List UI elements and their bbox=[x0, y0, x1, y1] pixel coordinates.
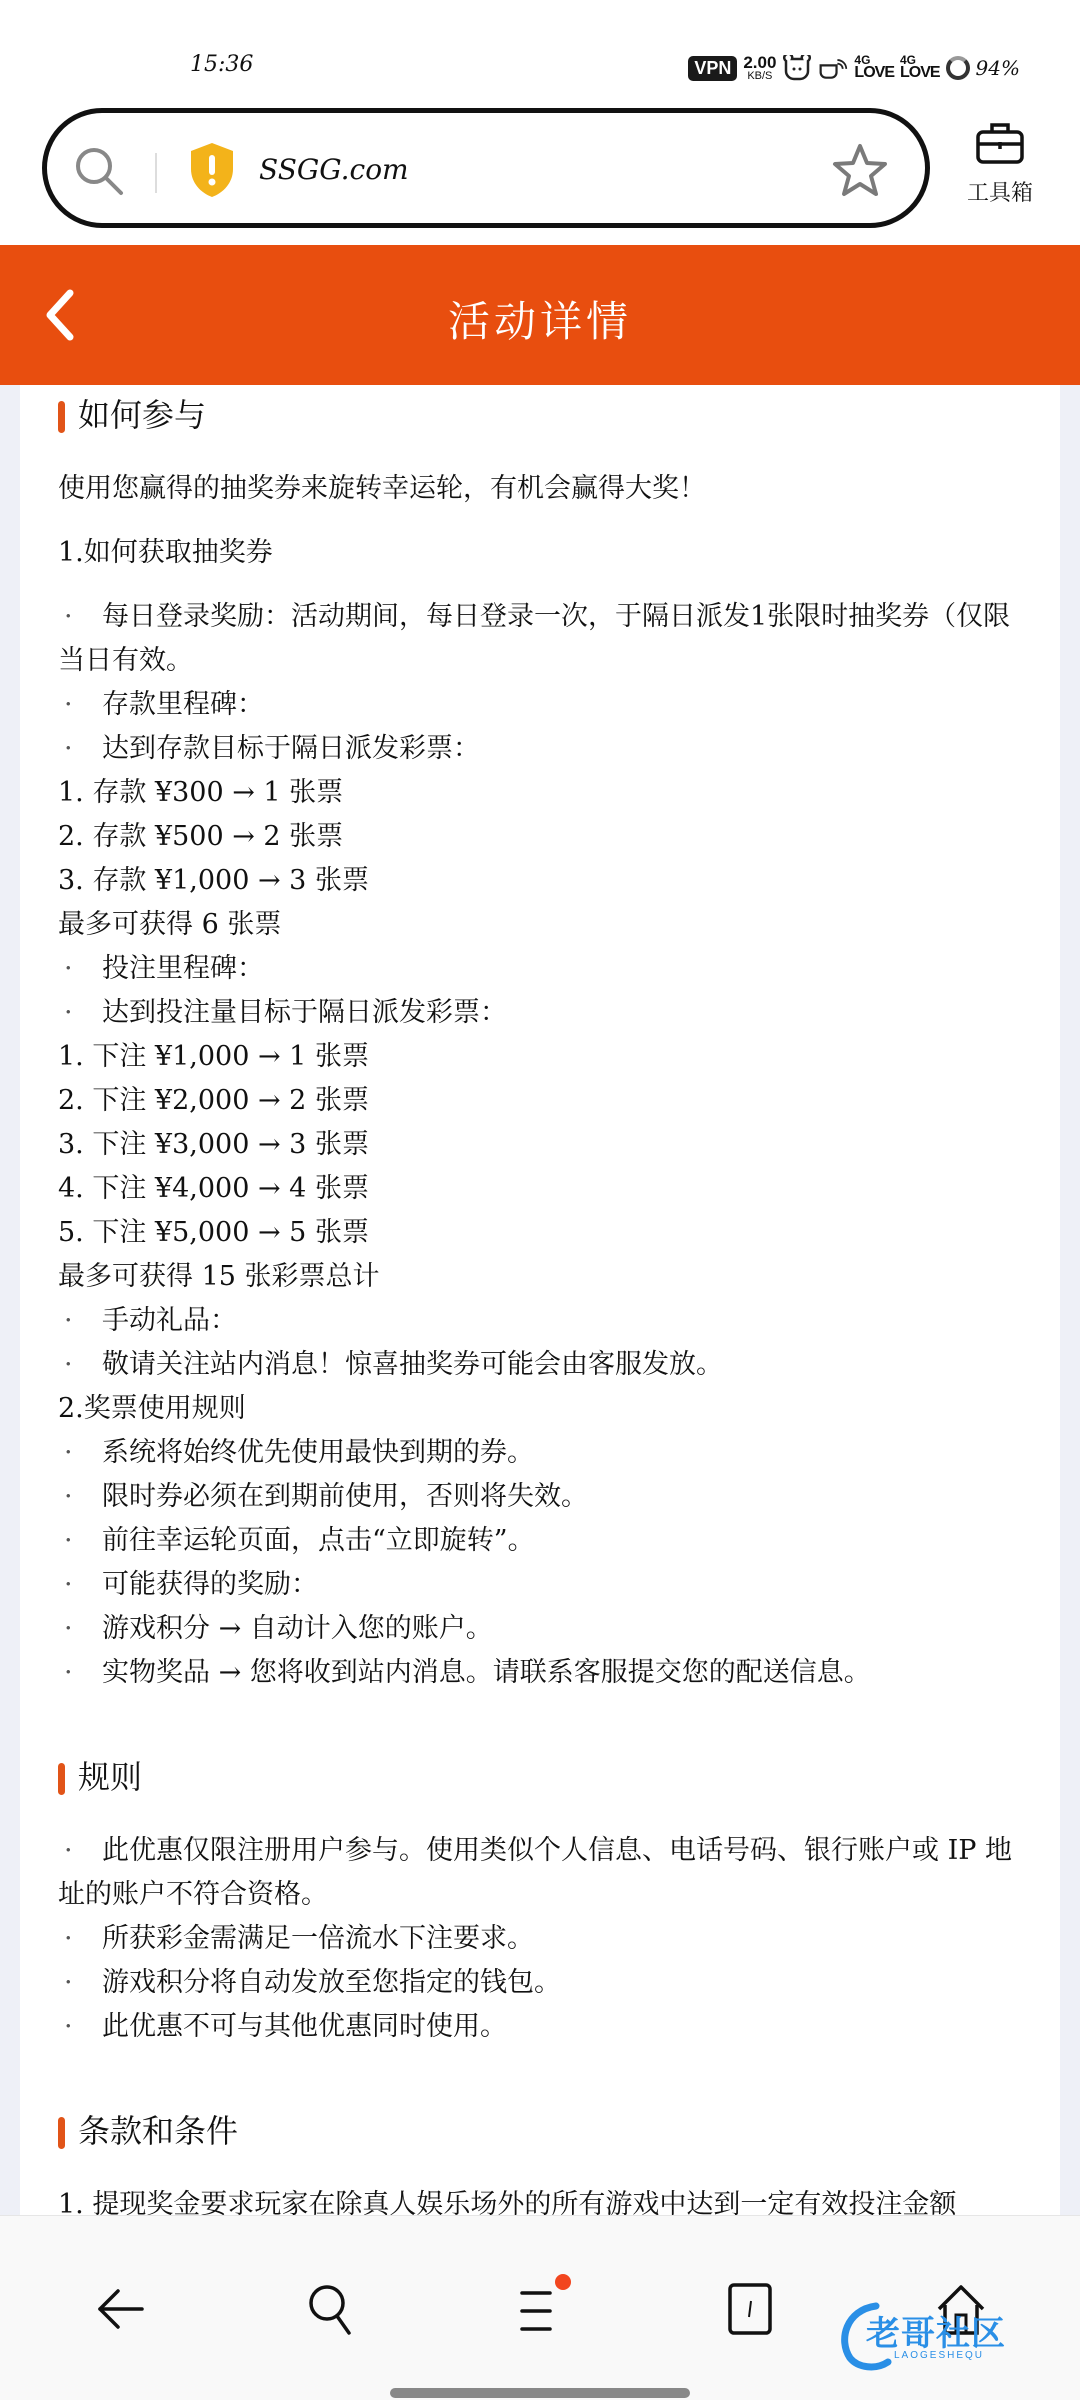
gesture-bar[interactable] bbox=[390, 2388, 690, 2398]
intro-text: 使用您赢得的抽奖券来旋转幸运轮，有机会赢得大奖！ bbox=[58, 467, 1026, 511]
usage-item: 可能获得的奖励： bbox=[58, 1563, 1026, 1607]
bet-item: 4. 下注 ¥4,000 → 4 张票 bbox=[58, 1167, 1026, 1211]
star-icon[interactable] bbox=[831, 141, 889, 199]
bet-item: 5. 下注 ¥5,000 → 5 张票 bbox=[58, 1211, 1026, 1255]
battery-icon bbox=[946, 56, 970, 80]
sim1-signal: 4G LOVE bbox=[854, 55, 894, 80]
activity-detail-card: 如何参与 使用您赢得的抽奖券来旋转幸运轮，有机会赢得大奖！ 1.如何获取抽奖券 … bbox=[20, 385, 1060, 2215]
daily-login-text: 每日登录奖励：活动期间，每日登录一次，于隔日派发1张限时抽奖券（仅限当日有效。 bbox=[58, 595, 1026, 683]
nav-menu-button[interactable] bbox=[505, 2274, 575, 2344]
vpn-badge: VPN bbox=[688, 56, 737, 81]
watermark-subtext: LAOGESHEQU bbox=[894, 2350, 984, 2361]
rule-item: 此优惠不可与其他优惠同时使用。 bbox=[58, 2005, 1026, 2049]
toolbox-button[interactable]: 工具箱 bbox=[960, 120, 1040, 207]
deposit-milestone-title: 存款里程碑： bbox=[58, 683, 1026, 727]
bet-max: 最多可获得 15 张彩票总计 bbox=[58, 1255, 1026, 1299]
url-text[interactable]: SSGG.com bbox=[259, 153, 409, 186]
sim2-signal: 4G LOVE bbox=[900, 55, 940, 80]
notification-dot bbox=[555, 2274, 571, 2290]
rule-item: 所获彩金需满足一倍流水下注要求。 bbox=[58, 1917, 1026, 1961]
status-time: 15:36 bbox=[190, 52, 253, 77]
deposit-item: 2. 存款 ¥500 → 2 张票 bbox=[58, 815, 1026, 859]
usage-item: 实物奖品 → 您将收到站内消息。请联系客服提交您的配送信息。 bbox=[58, 1651, 1026, 1695]
arrow-left-icon bbox=[90, 2279, 150, 2339]
manual-gift-title: 手动礼品： bbox=[58, 1299, 1026, 1343]
shield-warning-icon[interactable] bbox=[187, 141, 237, 199]
section-title-terms: 条款和条件 bbox=[58, 2109, 1026, 2153]
deposit-milestone-desc: 达到存款目标于隔日派发彩票： bbox=[58, 727, 1026, 771]
status-bar: 15:36 VPN 2.00 KB/S 4G LOVE 4G LOVE 94% bbox=[0, 0, 1080, 100]
rule-item: 游戏积分将自动发放至您指定的钱包。 bbox=[58, 1961, 1026, 2005]
divider bbox=[155, 153, 157, 193]
section-title-participate: 如何参与 bbox=[58, 393, 1026, 437]
deposit-item: 3. 存款 ¥1,000 → 3 张票 bbox=[58, 859, 1026, 903]
deposit-max: 最多可获得 6 张票 bbox=[58, 903, 1026, 947]
toolbox-label: 工具箱 bbox=[967, 176, 1033, 207]
terms-item: 1. 提现奖金要求玩家在除真人娱乐场外的所有游戏中达到一定有效投注金额 bbox=[58, 2183, 1026, 2215]
nav-back-button[interactable] bbox=[85, 2274, 155, 2344]
subheading-get-tickets: 1.如何获取抽奖券 bbox=[58, 531, 1026, 575]
page-header: 活动详情 bbox=[0, 245, 1080, 385]
nav-tabs-button[interactable] bbox=[715, 2274, 785, 2344]
bet-item: 3. 下注 ¥3,000 → 3 张票 bbox=[58, 1123, 1026, 1167]
bet-item: 1. 下注 ¥1,000 → 1 张票 bbox=[58, 1035, 1026, 1079]
usage-item: 前往幸运轮页面，点击“立即旋转”。 bbox=[58, 1519, 1026, 1563]
rule-item: 此优惠仅限注册用户参与。使用类似个人信息、电话号码、银行账户或 IP 地址的账户… bbox=[58, 1829, 1026, 1917]
search-icon bbox=[301, 2279, 361, 2339]
toolbox-icon bbox=[974, 120, 1026, 166]
nav-search-button[interactable] bbox=[296, 2274, 366, 2344]
battery-percent: 94% bbox=[976, 56, 1020, 80]
section-title-rules: 规则 bbox=[58, 1755, 1026, 1799]
watermark-logo: 老哥社区 LAOGESHEQU bbox=[836, 2300, 1066, 2372]
tabs-icon bbox=[720, 2279, 780, 2339]
manual-gift-desc: 敬请关注站内消息！惊喜抽奖券可能会由客服发放。 bbox=[58, 1343, 1026, 1387]
usage-item: 系统将始终优先使用最快到期的券。 bbox=[58, 1431, 1026, 1475]
address-bar[interactable]: SSGG.com bbox=[42, 108, 930, 228]
watermark-text: 老哥社区 bbox=[866, 2306, 1006, 2355]
bet-milestone-title: 投注里程碑： bbox=[58, 947, 1026, 991]
bet-milestone-desc: 达到投注量目标于隔日派发彩票： bbox=[58, 991, 1026, 1035]
subheading-usage-rules: 2.奖票使用规则 bbox=[58, 1387, 1026, 1431]
search-icon[interactable] bbox=[73, 145, 125, 197]
deposit-item: 1. 存款 ¥300 → 1 张票 bbox=[58, 771, 1026, 815]
status-icons: VPN 2.00 KB/S 4G LOVE 4G LOVE 94% bbox=[688, 50, 1020, 86]
usage-item: 游戏积分 → 自动计入您的账户。 bbox=[58, 1607, 1026, 1651]
content-area[interactable]: 如何参与 使用您赢得的抽奖券来旋转幸运轮，有机会赢得大奖！ 1.如何获取抽奖券 … bbox=[0, 385, 1080, 2215]
page-title: 活动详情 bbox=[0, 289, 1080, 349]
wifi-icon bbox=[818, 55, 848, 81]
bear-icon bbox=[782, 55, 812, 81]
bet-item: 2. 下注 ¥2,000 → 2 张票 bbox=[58, 1079, 1026, 1123]
usage-item: 限时券必须在到期前使用，否则将失效。 bbox=[58, 1475, 1026, 1519]
network-speed: 2.00 KB/S bbox=[743, 54, 776, 82]
